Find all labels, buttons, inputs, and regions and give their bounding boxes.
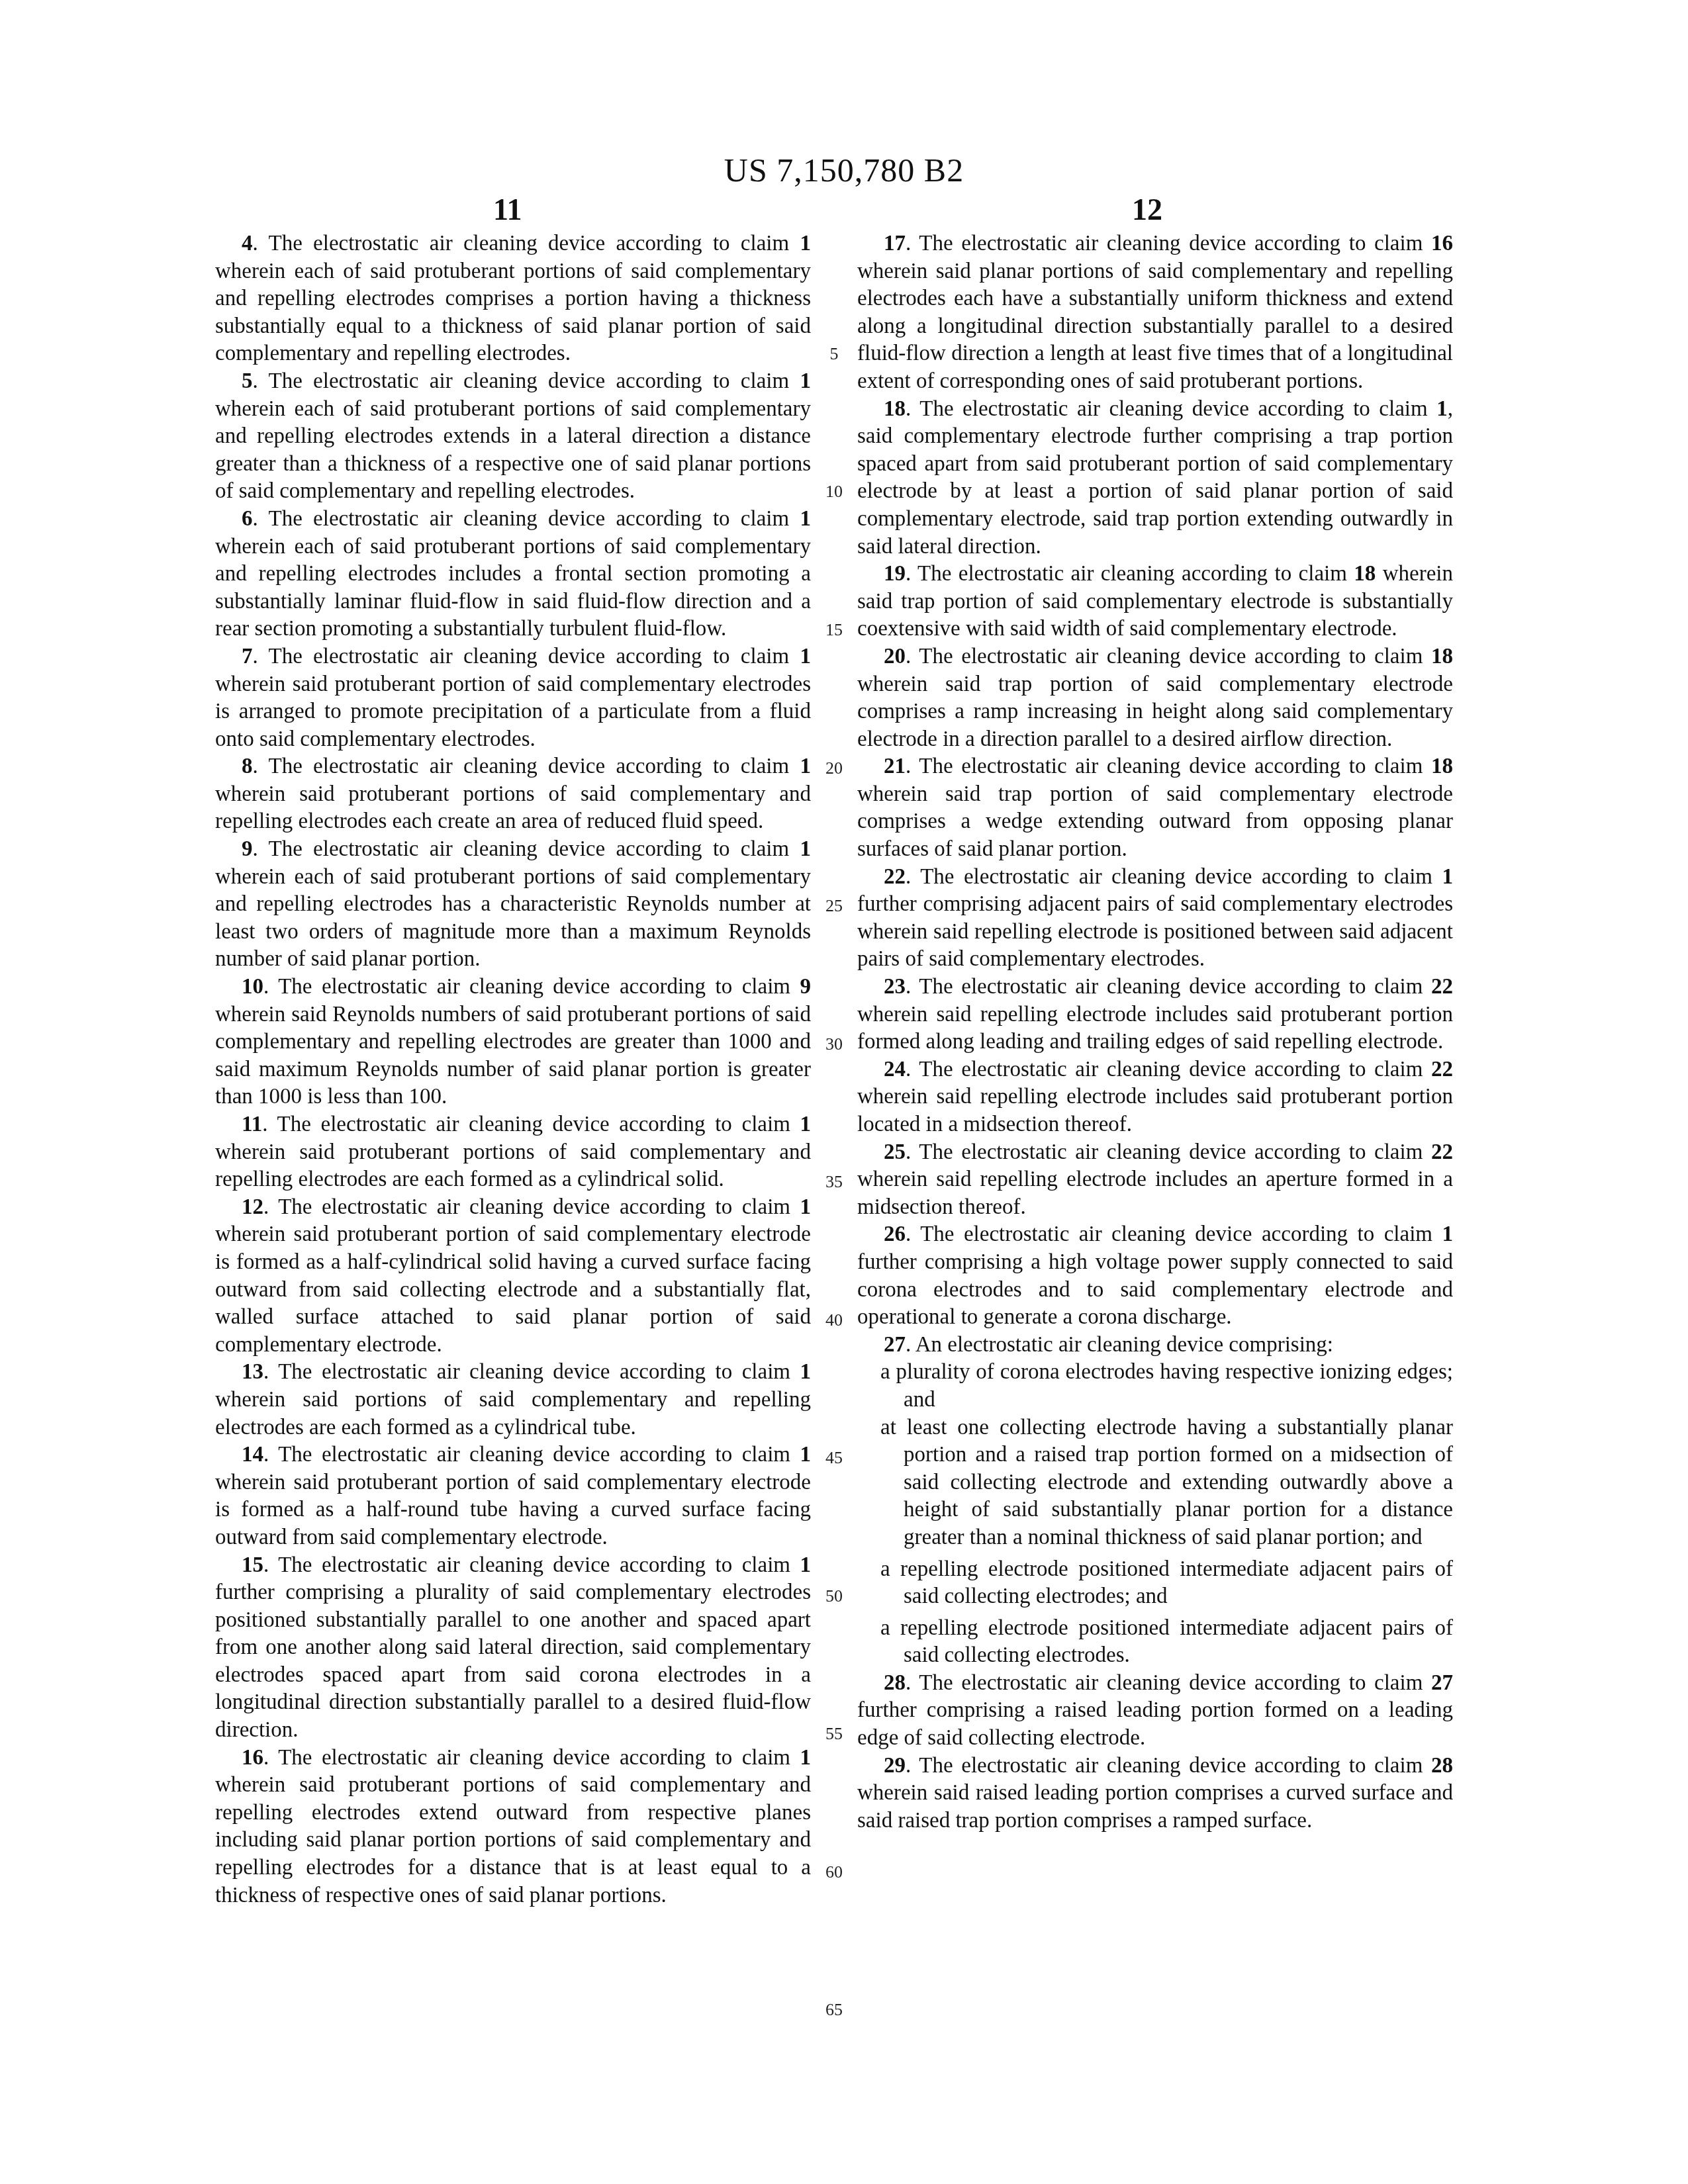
claim-26: 26. The electrostatic air cleaning devic… xyxy=(857,1221,1453,1331)
column-number-left: 11 xyxy=(493,192,522,227)
line-number: 30 xyxy=(814,1034,854,1054)
claim-22: 22. The electrostatic air cleaning devic… xyxy=(857,864,1453,974)
line-number: 35 xyxy=(814,1172,854,1192)
claim-17: 17. The electrostatic air cleaning devic… xyxy=(857,230,1453,396)
left-claims-column: 4. The electrostatic air cleaning device… xyxy=(215,230,811,1909)
column-number-right: 12 xyxy=(1132,192,1162,227)
line-number: 50 xyxy=(814,1586,854,1606)
claim-21: 21. The electrostatic air cleaning devic… xyxy=(857,753,1453,863)
line-number: 5 xyxy=(814,344,854,364)
claim-11: 11. The electrostatic air cleaning devic… xyxy=(215,1111,811,1194)
line-number: 10 xyxy=(814,482,854,502)
claim-4: 4. The electrostatic air cleaning device… xyxy=(215,230,811,368)
line-number: 60 xyxy=(814,1862,854,1882)
claim-27-element: a repelling electrode positioned interme… xyxy=(904,1615,1453,1670)
claim-13: 13. The electrostatic air cleaning devic… xyxy=(215,1359,811,1441)
claim-14: 14. The electrostatic air cleaning devic… xyxy=(215,1441,811,1551)
line-number: 40 xyxy=(814,1310,854,1330)
line-number: 55 xyxy=(814,1724,854,1744)
claim-19: 19. The electrostatic air cleaning accor… xyxy=(857,561,1453,643)
claim-28: 28. The electrostatic air cleaning devic… xyxy=(857,1670,1453,1752)
claim-24: 24. The electrostatic air cleaning devic… xyxy=(857,1056,1453,1139)
right-claims-column: 17. The electrostatic air cleaning devic… xyxy=(857,230,1453,1835)
line-number: 65 xyxy=(814,2000,854,2020)
claim-7: 7. The electrostatic air cleaning device… xyxy=(215,643,811,753)
claim-20: 20. The electrostatic air cleaning devic… xyxy=(857,643,1453,753)
claim-27-element: at least one collecting electrode having… xyxy=(904,1414,1453,1552)
line-number: 45 xyxy=(814,1448,854,1468)
line-number: 25 xyxy=(814,896,854,916)
claim-12: 12. The electrostatic air cleaning devic… xyxy=(215,1194,811,1359)
claim-27-element: a plurality of corona electrodes having … xyxy=(904,1359,1453,1414)
claim-27-preamble: 27. An electrostatic air cleaning device… xyxy=(857,1332,1453,1359)
claim-27-element: a repelling electrode positioned interme… xyxy=(904,1556,1453,1611)
patent-number-header: US 7,150,780 B2 xyxy=(0,151,1688,189)
claim-25: 25. The electrostatic air cleaning devic… xyxy=(857,1139,1453,1222)
claim-9: 9. The electrostatic air cleaning device… xyxy=(215,836,811,974)
claim-10: 10. The electrostatic air cleaning devic… xyxy=(215,974,811,1111)
claim-6: 6. The electrostatic air cleaning device… xyxy=(215,506,811,643)
claim-16: 16. The electrostatic air cleaning devic… xyxy=(215,1745,811,1910)
claim-8: 8. The electrostatic air cleaning device… xyxy=(215,753,811,836)
line-number: 20 xyxy=(814,758,854,778)
claim-29: 29. The electrostatic air cleaning devic… xyxy=(857,1752,1453,1835)
claim-18: 18. The electrostatic air cleaning devic… xyxy=(857,396,1453,561)
claim-15: 15. The electrostatic air cleaning devic… xyxy=(215,1552,811,1745)
claim-23: 23. The electrostatic air cleaning devic… xyxy=(857,974,1453,1056)
claim-5: 5. The electrostatic air cleaning device… xyxy=(215,368,811,506)
line-number: 15 xyxy=(814,620,854,640)
